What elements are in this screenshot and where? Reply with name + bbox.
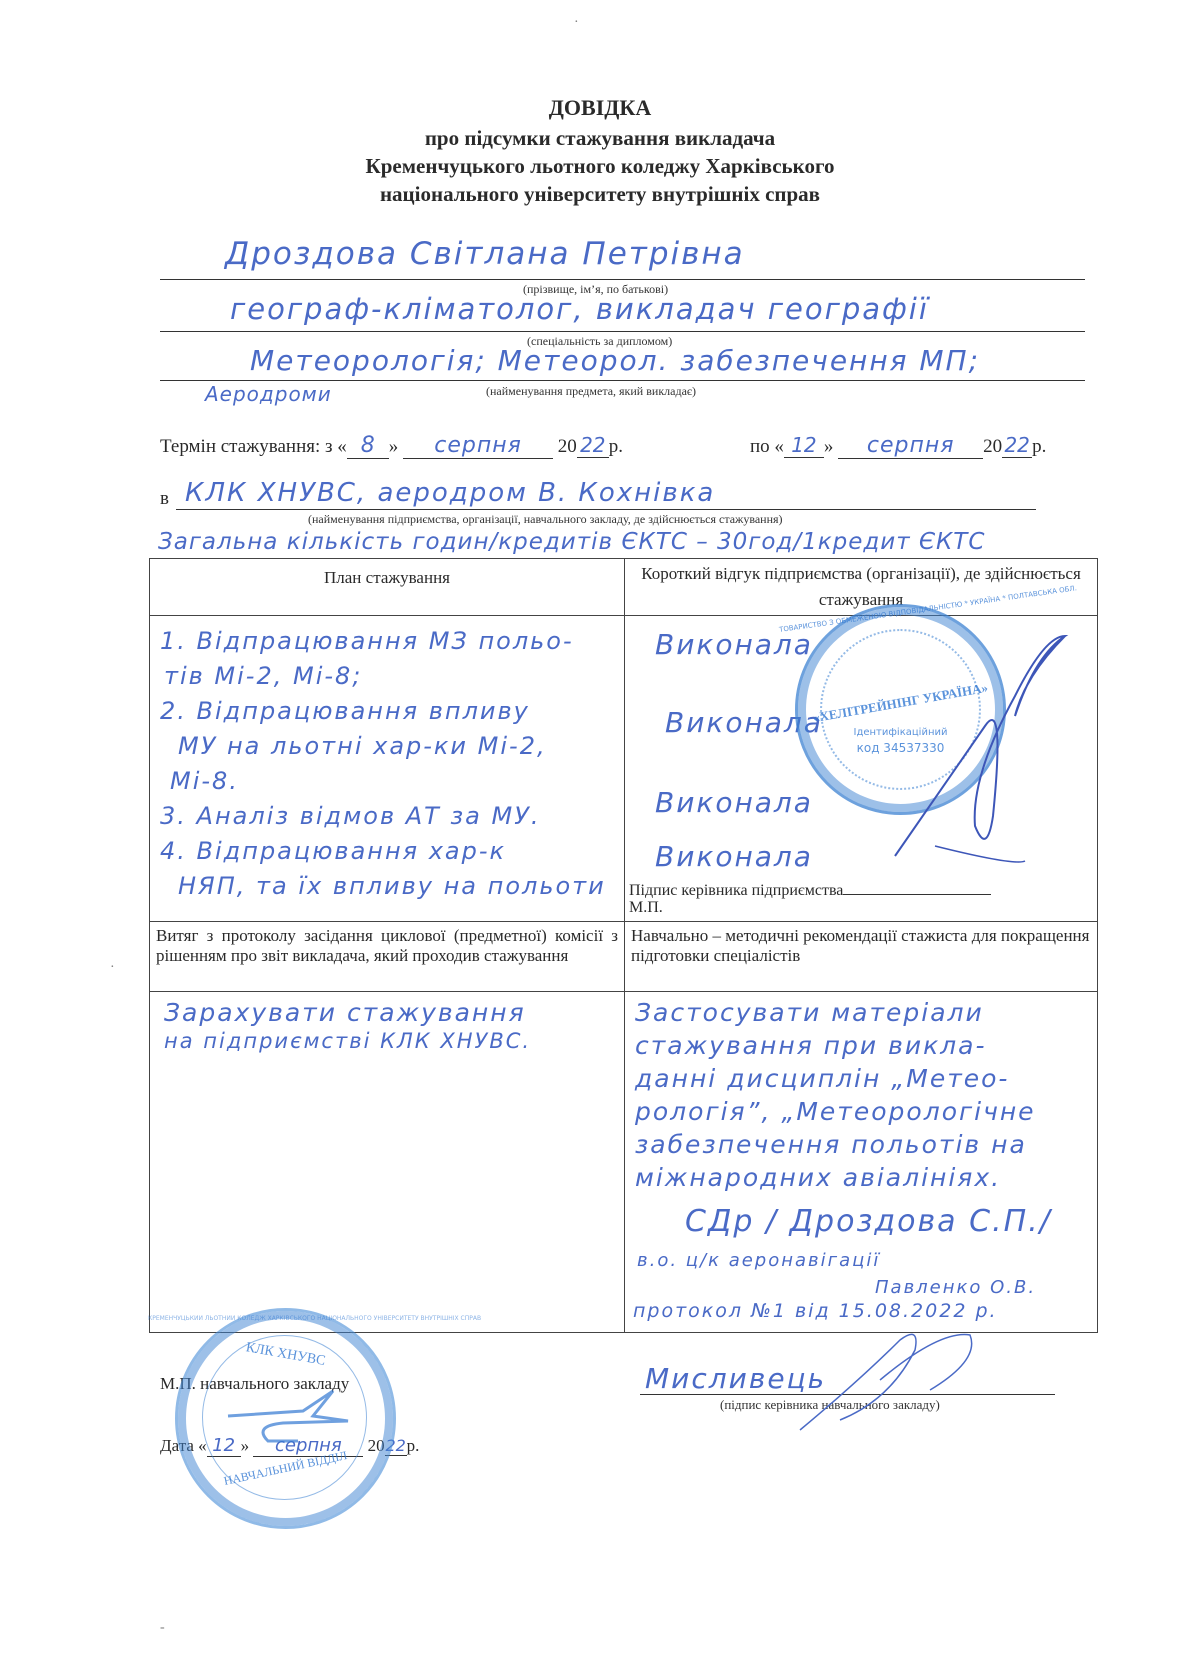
date-suffix: р. bbox=[407, 1436, 420, 1455]
feedback-cell: Виконала Виконала Виконала Виконала Підп… bbox=[625, 616, 1098, 922]
feedback-item[interactable]: Виконала bbox=[655, 628, 813, 661]
plan-item[interactable]: МУ на льотні хар-ки Мі-2, bbox=[160, 729, 614, 764]
internship-table: План стажування Короткий відгук підприєм… bbox=[149, 558, 1098, 1333]
recommendations-header: Навчально – методичні рекомендації стажи… bbox=[625, 922, 1098, 992]
term-row: Термін стажування: з «8» серпня 2022р. bbox=[160, 433, 623, 459]
place-caption: (найменування підприємства, організації,… bbox=[308, 512, 783, 527]
subtitle-line: Кременчуцького льотного коледжу Харківсь… bbox=[0, 152, 1200, 180]
trainee-signature[interactable]: СДр / Дроздова С.П./ bbox=[685, 1204, 1052, 1239]
place-line bbox=[176, 509, 1036, 510]
recommendation-line[interactable]: рологія”, „Метеорологічне bbox=[635, 1095, 1087, 1128]
quote: » bbox=[824, 436, 834, 457]
plan-item[interactable]: 2. Відпрацювання впливу bbox=[160, 694, 614, 729]
scan-mark: · bbox=[110, 960, 115, 976]
term-from-year-prefix: 20 bbox=[558, 436, 577, 457]
plan-item[interactable]: тів Мі-2, Мі-8; bbox=[160, 659, 614, 694]
term-from-month[interactable]: серпня bbox=[403, 433, 553, 459]
subtitle-line: національного університету внутрішніх сп… bbox=[0, 180, 1200, 208]
subtitle-line: про підсумки стажування викладача bbox=[0, 124, 1200, 152]
term-to-row: по «12» серпня2022р. bbox=[750, 433, 1046, 459]
term-from-year[interactable]: 22 bbox=[577, 433, 609, 458]
specialty-value[interactable]: географ-кліматолог, викладач географії bbox=[230, 292, 929, 326]
term-to-label: по « bbox=[750, 436, 784, 457]
scan-mark: · bbox=[574, 15, 579, 31]
subjects-caption: (найменування предмета, який викладає) bbox=[486, 384, 696, 399]
year-suffix: р. bbox=[1032, 436, 1046, 457]
head-name[interactable]: Павленко О.В. bbox=[875, 1277, 1036, 1298]
plan-item[interactable]: НЯП, та їх впливу на польоти bbox=[160, 869, 614, 904]
full-name-value[interactable]: Дроздова Світлана Петрівна bbox=[225, 236, 745, 272]
head-signature-flourish bbox=[780, 1320, 1000, 1440]
term-to-year[interactable]: 22 bbox=[1002, 433, 1032, 458]
recommendations-cell: Застосувати матеріали стажування при вик… bbox=[625, 992, 1098, 1333]
protocol-line[interactable]: Зарахувати стажування bbox=[164, 998, 610, 1028]
recommendation-line[interactable]: Застосувати матеріали bbox=[635, 996, 1087, 1029]
place-prefix: в bbox=[160, 488, 169, 510]
specialty-line bbox=[160, 331, 1085, 332]
plan-cell: 1. Відпрацювання МЗ польо- тів Мі-2, Мі-… bbox=[150, 616, 625, 922]
college-stamp: КЛК ХНУВС НАВЧАЛЬНИЙ ВІДДІЛ КРЕМЕНЧУЦЬКИ… bbox=[175, 1308, 396, 1529]
term-to-month[interactable]: серпня bbox=[838, 433, 983, 459]
header-plan: План стажування bbox=[150, 559, 625, 616]
place-value[interactable]: КЛК ХНУВС, аеродром В. Кохнівка bbox=[185, 478, 715, 508]
term-to-day[interactable]: 12 bbox=[784, 433, 824, 458]
plan-item[interactable]: 1. Відпрацювання МЗ польо- bbox=[160, 624, 614, 659]
protocol-header: Витяг з протоколу засідання циклової (пр… bbox=[150, 922, 625, 992]
quote: » bbox=[389, 436, 399, 457]
recommendation-line[interactable]: міжнародних авіалініях. bbox=[635, 1161, 1087, 1194]
term-label: Термін стажування: з « bbox=[160, 436, 347, 457]
scan-mark: - bbox=[160, 1620, 165, 1636]
signature-line[interactable] bbox=[843, 880, 991, 895]
header-feedback: Короткий відгук підприємства (організаці… bbox=[625, 559, 1098, 616]
full-name-line bbox=[160, 279, 1085, 280]
hours-note[interactable]: Загальна кількість годин/кредитів ЄКТС –… bbox=[158, 529, 985, 555]
subjects-line bbox=[160, 380, 1085, 381]
term-to-year-prefix: 20 bbox=[983, 436, 1002, 457]
subjects-value[interactable]: Метеорологія; Метеорол. забезпечення МП; bbox=[250, 344, 980, 377]
subjects-value-cont[interactable]: Аеродроми bbox=[205, 382, 332, 406]
plan-item[interactable]: 4. Відпрацювання хар-к bbox=[160, 834, 614, 869]
plan-item[interactable]: Мі-8. bbox=[160, 764, 614, 799]
head-title[interactable]: в.о. ц/к аеронавігації bbox=[637, 1250, 880, 1271]
plane-emblem-icon bbox=[223, 1381, 353, 1451]
enterprise-stamp-label: М.П. bbox=[629, 899, 663, 917]
term-from-day[interactable]: 8 bbox=[347, 433, 389, 459]
protocol-ref[interactable]: протокол №1 від 15.08.2022 р. bbox=[633, 1300, 998, 1322]
feedback-item[interactable]: Виконала bbox=[655, 840, 813, 873]
plan-item[interactable]: 3. Аналіз відмов АТ за МУ. bbox=[160, 799, 614, 834]
signature-label: Підпис керівника підприємства bbox=[629, 882, 843, 899]
recommendation-line[interactable]: забезпечення польотів на bbox=[635, 1128, 1087, 1161]
document-subtitle: про підсумки стажування викладача Кремен… bbox=[0, 124, 1200, 208]
feedback-item[interactable]: Виконала bbox=[655, 786, 813, 819]
recommendation-line[interactable]: стажування при викла- bbox=[635, 1029, 1087, 1062]
enterprise-signature-label: Підпис керівника підприємства bbox=[629, 880, 991, 900]
document-title: ДОВІДКА bbox=[0, 95, 1200, 121]
year-suffix: р. bbox=[609, 436, 623, 457]
enterprise-head-signature bbox=[875, 616, 1095, 876]
recommendation-line[interactable]: данні дисциплін „Метео- bbox=[635, 1062, 1087, 1095]
college-stamp-ring: КРЕМЕНЧУЦЬКИЙ ЛЬОТНИЙ КОЛЕДЖ ХАРКІВСЬКОГ… bbox=[148, 1315, 423, 1322]
protocol-cell: Зарахувати стажування на підприємстві КЛ… bbox=[150, 992, 625, 1333]
protocol-line[interactable]: на підприємстві КЛК ХНУВС. bbox=[164, 1028, 610, 1054]
